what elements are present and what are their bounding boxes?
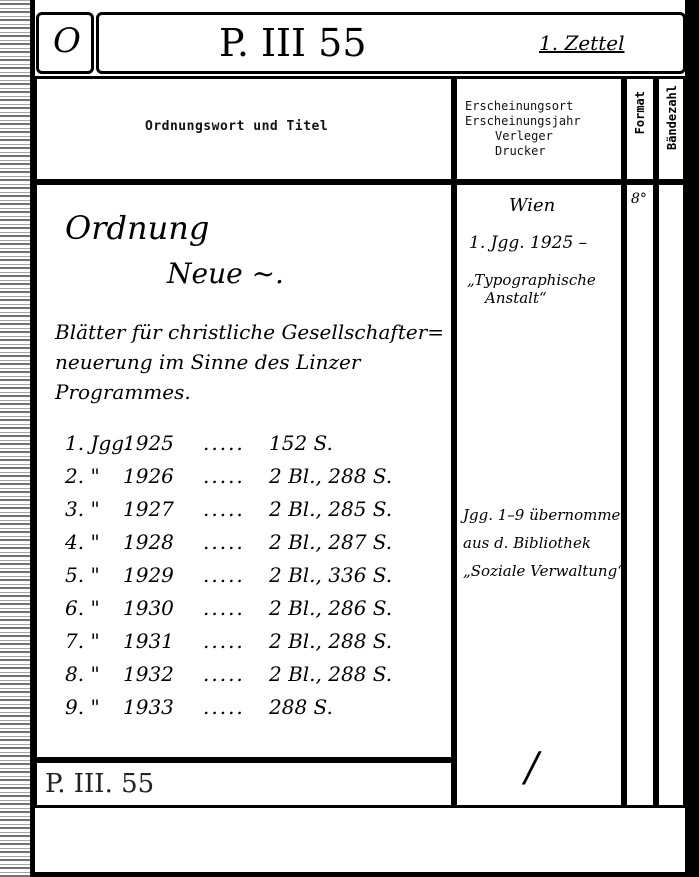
slip-number: 1. Zettel: [539, 31, 624, 55]
volume-row: 1. Jgg.1925.....152 S.: [65, 431, 333, 455]
call-number: P. III 55: [219, 21, 367, 65]
title-entry-area: Ordnung Neue ~. Blätter für christliche …: [34, 182, 454, 760]
volume-row: 3. "1927.....2 Bl., 285 S.: [65, 497, 392, 521]
volume-row: 9. "1933.....288 S.: [65, 695, 333, 719]
title-text: Blätter für christliche Gesellschafter= …: [55, 317, 444, 407]
title-line: neuerung im Sinne des Linzer: [55, 347, 444, 377]
pub-column-header: Erscheinungsort Erscheinungsjahr Verlege…: [454, 76, 624, 182]
title-line: Programmes.: [55, 377, 444, 407]
volume-row: 2. "1926.....2 Bl., 288 S.: [65, 464, 392, 488]
pub-label-year: Erscheinungsjahr: [465, 114, 581, 129]
volumes-column-header: Bändezahl: [656, 76, 686, 182]
pub-column-label: Erscheinungsort Erscheinungsjahr Verlege…: [465, 99, 581, 159]
pub-publisher: „Typographische Anstalt“: [467, 271, 596, 307]
pub-place: Wien: [509, 195, 555, 216]
format-value: 8°: [631, 191, 647, 207]
shelf-stamp-box: P. III. 55: [34, 760, 454, 808]
volumes-entry-area: [656, 182, 686, 808]
shelf-stamp: P. III. 55: [45, 769, 154, 799]
format-column-label: Format: [633, 91, 647, 134]
keyword: Ordnung: [65, 209, 209, 247]
volume-row: 7. "1931.....2 Bl., 288 S.: [65, 629, 392, 653]
card-right-border: [685, 0, 699, 877]
call-number-box: P. III 55 1. Zettel: [96, 12, 686, 74]
pub-label-publisher: Verleger: [465, 129, 581, 144]
title-line: Blätter für christliche Gesellschafter=: [55, 317, 444, 347]
pub-label-printer: Drucker: [465, 144, 581, 159]
pub-label-place: Erscheinungsort: [465, 99, 581, 114]
title-column-label: Ordnungswort und Titel: [145, 119, 328, 134]
card-edge-scan: [0, 0, 34, 877]
format-entry-area: 8°: [624, 182, 656, 808]
volumes-column-label: Bändezahl: [665, 85, 679, 150]
card-bottom-border: [34, 872, 699, 877]
letter-box: O: [36, 12, 94, 74]
subkeyword: Neue ~.: [167, 257, 284, 290]
pub-year: 1. Jgg. 1925 –: [469, 233, 587, 253]
provenance-note: Jgg. 1–9 übernommen aus d. Bibliothek „S…: [463, 501, 630, 585]
volume-row: 8. "1932.....2 Bl., 288 S.: [65, 662, 392, 686]
slash-mark: /: [525, 745, 538, 791]
publication-entry-area: Wien 1. Jgg. 1925 – „Typographische Anst…: [454, 182, 624, 808]
format-column-header: Format: [624, 76, 656, 182]
volume-row: 6. "1930.....2 Bl., 286 S.: [65, 596, 392, 620]
letter-label: O: [53, 21, 81, 61]
title-column-header: Ordnungswort und Titel: [34, 76, 454, 182]
volume-row: 4. "1928.....2 Bl., 287 S.: [65, 530, 392, 554]
volume-row: 5. "1929.....2 Bl., 336 S.: [65, 563, 392, 587]
